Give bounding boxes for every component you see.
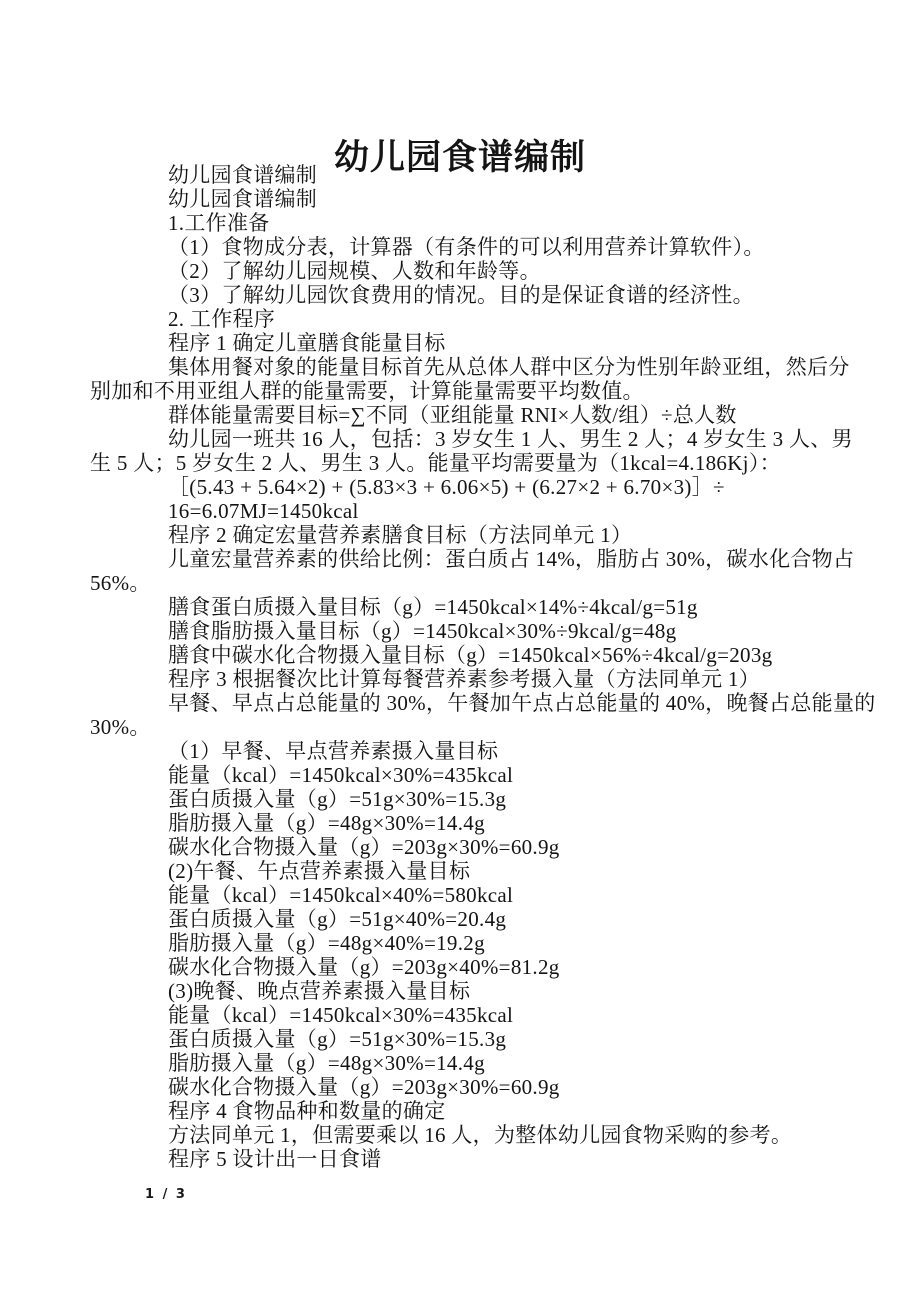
document-page: 幼儿园食谱编制 幼儿园食谱编制幼儿园食谱编制1.工作准备（1）食物成分表，计算器… [0,0,920,1302]
text-line: 方法同单元 1，但需要乘以 16 人，为整体幼儿园食物采购的参考。 [90,1123,870,1147]
text-line: 膳食脂肪摄入量目标（g）=1450kcal×30%÷9kcal/g=48g [90,619,870,643]
text-line: 16=6.07MJ=1450kcal [90,499,870,523]
text-line: （2）了解幼儿园规模、人数和年龄等。 [90,259,870,283]
text-line: 碳水化合物摄入量（g）=203g×30%=60.9g [90,835,870,859]
text-line: (3)晚餐、晚点营养素摄入量目标 [90,979,870,1003]
text-line: 能量（kcal）=1450kcal×40%=580kcal [90,883,870,907]
text-line: 脂肪摄入量（g）=48g×40%=19.2g [90,931,870,955]
text-line: 群体能量需要目标=∑不同（亚组能量 RNI×人数/组）÷总人数 [90,403,870,427]
text-line: 碳水化合物摄入量（g）=203g×30%=60.9g [90,1075,870,1099]
text-line: 脂肪摄入量（g）=48g×30%=14.4g [90,1051,870,1075]
text-line: 生 5 人；5 岁女生 2 人、男生 3 人。能量平均需要量为（1kcal=4.… [90,451,870,475]
text-line: 幼儿园一班共 16 人，包括：3 岁女生 1 人、男生 2 人；4 岁女生 3 … [90,427,870,451]
text-line: （3）了解幼儿园饮食费用的情况。目的是保证食谱的经济性。 [90,283,870,307]
text-line: 56%。 [90,571,870,595]
text-line: 幼儿园食谱编制 [90,163,870,187]
text-line: 程序 3 根据餐次比计算每餐营养素参考摄入量（方法同单元 1） [90,667,870,691]
text-line: 儿童宏量营养素的供给比例：蛋白质占 14%，脂肪占 30%，碳水化合物占 [90,547,870,571]
text-line: 1.工作准备 [90,211,870,235]
text-line: 蛋白质摄入量（g）=51g×30%=15.3g [90,1027,870,1051]
text-line: ［(5.43 + 5.64×2) + (5.83×3 + 6.06×5) + (… [90,475,870,499]
text-line: 能量（kcal）=1450kcal×30%=435kcal [90,1003,870,1027]
page-number-indicator: 1 / 3 [145,1187,187,1202]
text-line: （1）食物成分表，计算器（有条件的可以利用营养计算软件）。 [90,235,870,259]
text-line: 别加和不用亚组人群的能量需要，计算能量需要平均数值。 [90,379,870,403]
text-line: 集体用餐对象的能量目标首先从总体人群中区分为性别年龄亚组，然后分 [90,355,870,379]
text-line: 程序 1 确定儿童膳食能量目标 [90,331,870,355]
text-line: 幼儿园食谱编制 [90,187,870,211]
text-line: (2)午餐、午点营养素摄入量目标 [90,859,870,883]
text-line: 程序 2 确定宏量营养素膳食目标（方法同单元 1） [90,523,870,547]
text-line: 程序 5 设计出一日食谱 [90,1147,870,1171]
document-body: 幼儿园食谱编制幼儿园食谱编制1.工作准备（1）食物成分表，计算器（有条件的可以利… [90,163,870,1171]
text-line: 能量（kcal）=1450kcal×30%=435kcal [90,763,870,787]
text-line: 膳食中碳水化合物摄入量目标（g）=1450kcal×56%÷4kcal/g=20… [90,643,870,667]
text-line: 碳水化合物摄入量（g）=203g×40%=81.2g [90,955,870,979]
text-line: 早餐、早点占总能量的 30%，午餐加午点占总能量的 40%，晚餐占总能量的 [90,691,870,715]
text-line: 膳食蛋白质摄入量目标（g）=1450kcal×14%÷4kcal/g=51g [90,595,870,619]
text-line: 脂肪摄入量（g）=48g×30%=14.4g [90,811,870,835]
text-line: 程序 4 食物品种和数量的确定 [90,1099,870,1123]
text-line: 2. 工作程序 [90,307,870,331]
text-line: 30%。 [90,715,870,739]
text-line: 蛋白质摄入量（g）=51g×40%=20.4g [90,907,870,931]
text-line: （1）早餐、早点营养素摄入量目标 [90,739,870,763]
text-line: 蛋白质摄入量（g）=51g×30%=15.3g [90,787,870,811]
